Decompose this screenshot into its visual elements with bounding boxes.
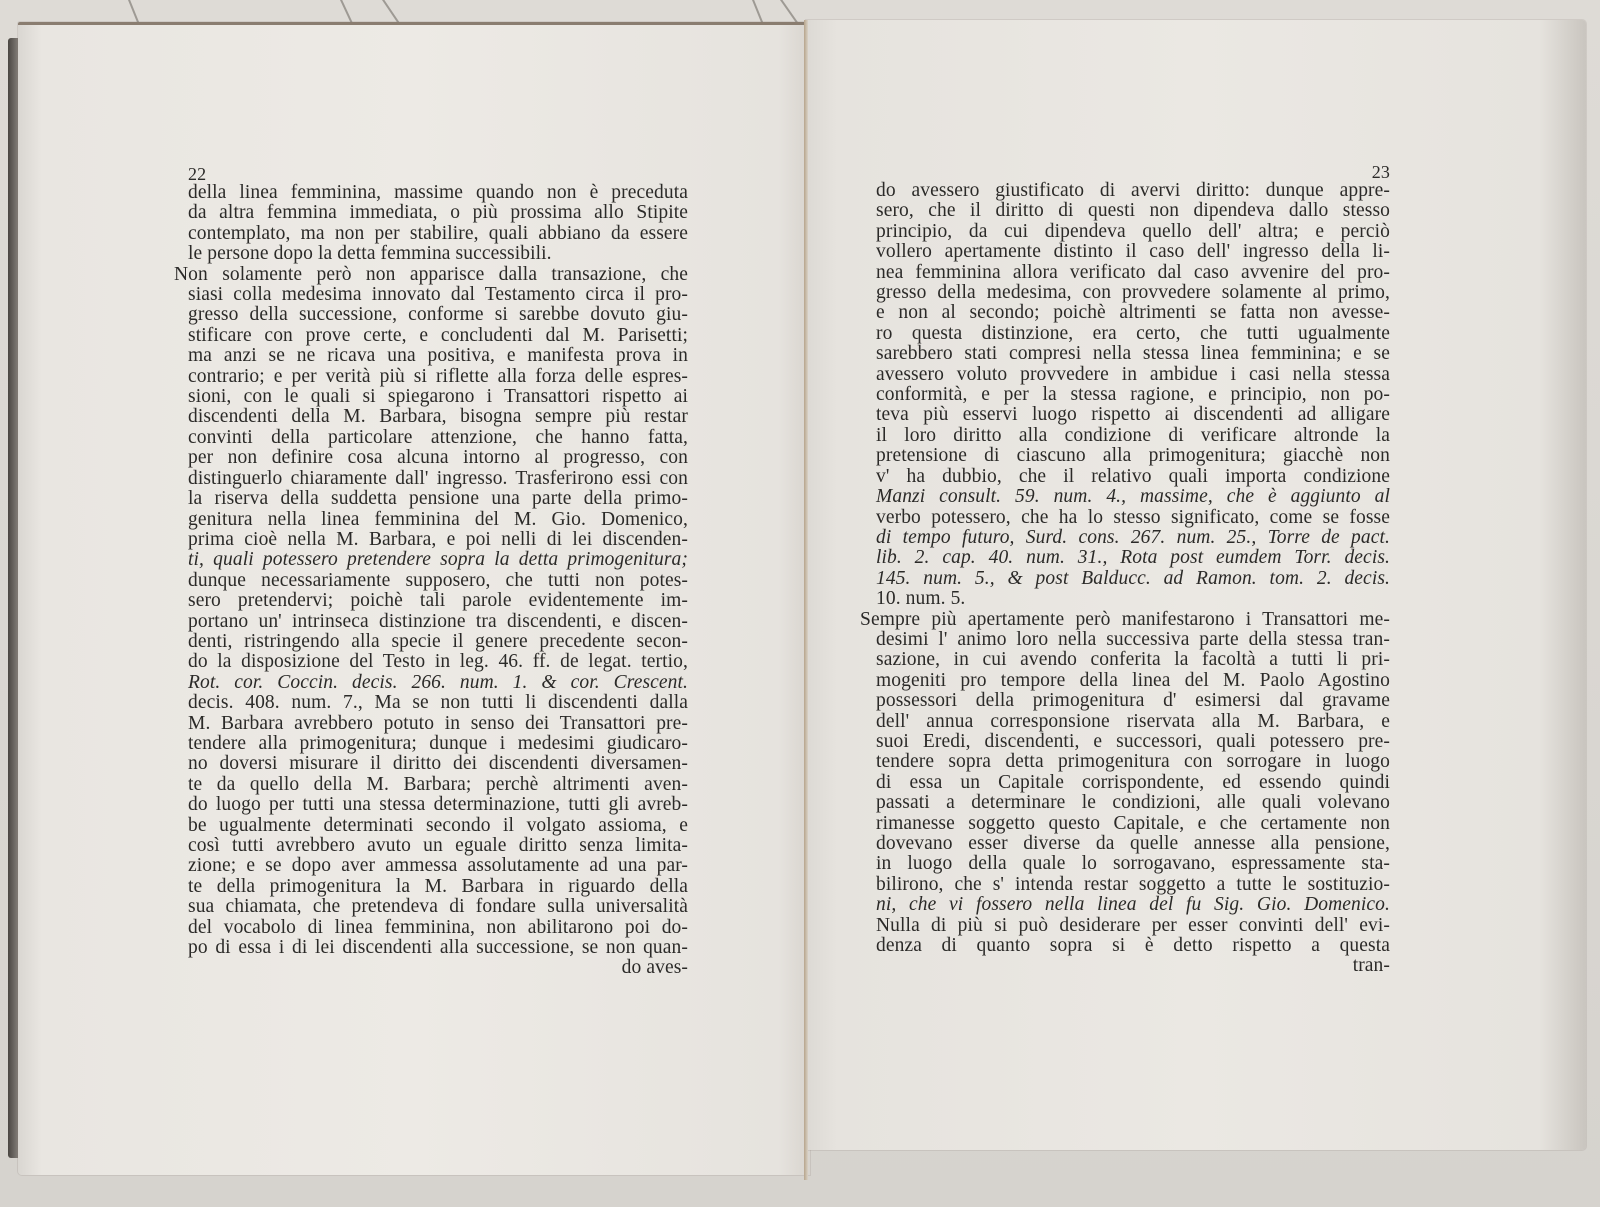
text-line: la riserva della suddetta pensione una p…	[188, 489, 688, 509]
open-book: 22 della linea femminina, massime quando…	[0, 0, 1600, 1207]
text-line: be ugualmente determinati secondo il vol…	[188, 816, 688, 836]
text-line: ro questa distinzione, era certo, che tu…	[876, 324, 1390, 344]
text-line: te della primogenitura la M. Barbara in …	[188, 877, 688, 897]
text-line: sioni, con le quali si spiegarono i Tran…	[188, 387, 688, 407]
text-line: dell' annua corresponsione riservata all…	[876, 712, 1390, 732]
text-line: verbo potessero, che ha lo stesso signif…	[876, 508, 1390, 528]
text-line: dovevano esser diverse da quelle annesse…	[876, 834, 1390, 854]
catchword-right: tran-	[876, 956, 1390, 976]
paragraph-start-line: Sempre più apertamente però manifestaron…	[860, 610, 1390, 630]
text-line: denza di quanto sopra si è detto rispett…	[876, 936, 1390, 956]
text-line: conformità, e per la stessa ragione, e p…	[876, 385, 1390, 405]
text-line: avessero voluto provvedere in ambidue i …	[876, 365, 1390, 385]
text-line: mogeniti pro tempore della linea del M. …	[876, 671, 1390, 691]
text-line: prima cioè nella M. Barbara, e poi nelli…	[188, 530, 688, 550]
text-line: le persone dopo la detta femmina success…	[188, 244, 688, 264]
text-line: del vocabolo di linea femminina, non abi…	[188, 918, 688, 938]
text-line: suoi Eredi, discendenti, e successori, q…	[876, 732, 1390, 752]
text-line: desimi l' animo loro nella successiva pa…	[876, 630, 1390, 650]
text-line: da altra femmina immediata, o più prossi…	[188, 203, 688, 223]
catchword-left: do aves-	[188, 958, 688, 978]
text-line: po di essa i di lei discendenti alla suc…	[188, 938, 688, 958]
text-line: M. Barbara avrebbero potuto in senso dei…	[188, 714, 688, 734]
text-line: teva più esservi luogo rispetto ai disce…	[876, 405, 1390, 425]
left-page-text: 22 della linea femminina, massime quando…	[188, 165, 688, 979]
citation-line: 10. num. 5.	[876, 589, 1390, 609]
text-line-italic: tendere sopra detta primogenitura con so…	[876, 752, 1390, 772]
text-line: te da quello della M. Barbara; perchè al…	[188, 775, 688, 795]
text-line: convinti della particolare attenzione, c…	[188, 428, 688, 448]
text-line: vollero apertamente distinto il caso del…	[876, 242, 1390, 262]
text-line: sarebbero stati compresi nella stessa li…	[876, 344, 1390, 364]
text-line: v' ha dubbio, che il relativo quali impo…	[876, 467, 1390, 487]
text-line: sero pretendervi; poichè tali parole evi…	[188, 591, 688, 611]
text-line: della linea femminina, massime quando no…	[188, 183, 688, 203]
text-line: per non definire cosa alcuna intorno al …	[188, 448, 688, 468]
text-line: gresso della medesima, con provvedere so…	[876, 283, 1390, 303]
text-line: zione; e se dopo aver ammessa assolutame…	[188, 856, 688, 876]
page-number-left: 22	[188, 165, 688, 183]
text-line: sero, che il diritto di questi non dipen…	[876, 201, 1390, 221]
citation-line: lib. 2. cap. 40. num. 31., Rota post eum…	[876, 548, 1390, 568]
text-line: ma anzi se ne ricava una positiva, e man…	[188, 346, 688, 366]
text-line: sua chiamata, che pretendeva di fondare …	[188, 897, 688, 917]
text-line: genitura nella linea femminina del M. Gi…	[188, 510, 688, 530]
text-line: pretensione di ciascuno alla primogenitu…	[876, 446, 1390, 466]
text-line: contrario; e per verità più si riflette …	[188, 367, 688, 387]
text-line: portano un' intrinseca distinzione tra d…	[188, 612, 688, 632]
text-line: di essa un Capitale corrispondente, ed e…	[876, 773, 1390, 793]
citation-line: 145. num. 5., & post Balducc. ad Ramon. …	[876, 569, 1390, 589]
text-line-italic: bilirono, che s' intenda restar soggetto…	[876, 875, 1390, 895]
book-gutter	[804, 20, 808, 1180]
paragraph-start-line: Non solamente però non apparisce dalla t…	[174, 265, 688, 285]
text-line: rimanesse soggetto questo Capitale, e ch…	[876, 814, 1390, 834]
text-line: gresso della successione, conforme si sa…	[188, 305, 688, 325]
text-line: nea femminina allora verificato dal caso…	[876, 263, 1390, 283]
text-line: contemplato, ma non per stabilire, quali…	[188, 224, 688, 244]
text-line: no doversi misurare il diritto dei disce…	[188, 754, 688, 774]
citation-line: di tempo futuro, Surd. cons. 267. num. 2…	[876, 528, 1390, 548]
text-line: passati a determinare le condizioni, all…	[876, 793, 1390, 813]
text-line: distinguerlo chiaramente dall' ingresso.…	[188, 469, 688, 489]
text-line: do luogo per tutti una stessa determinaz…	[188, 795, 688, 815]
text-line: stificare con prove certe, e concludenti…	[188, 326, 688, 346]
text-line: e non al secondo; poichè altrimenti se f…	[876, 303, 1390, 323]
citation-line: decis. 408. num. 7., Ma se non tutti li …	[188, 693, 688, 713]
text-line: do avessero giustificato di avervi dirit…	[876, 181, 1390, 201]
text-line: siasi colla medesima innovato dal Testam…	[188, 285, 688, 305]
text-line-italic: ti, quali potessero pretendere sopra la …	[188, 550, 688, 570]
text-line: tendere alla primogenitura; dunque i med…	[188, 734, 688, 754]
page-number-right: 23	[876, 163, 1390, 181]
right-page-text: 23 do avessero giustificato di avervi di…	[876, 163, 1390, 977]
citation-line: do la disposizione del Testo in leg. 46.…	[188, 652, 688, 672]
citation-line: Rot. cor. Coccin. decis. 266. num. 1. & …	[188, 673, 688, 693]
text-line: dunque necessariamente supposero, che tu…	[188, 571, 688, 591]
text-line: denti, ristringendo alla specie il gener…	[188, 632, 688, 652]
text-line: in luogo della quale lo sorrogavano, esp…	[876, 854, 1390, 874]
text-line: principio, da cui dipendeva quello dell'…	[876, 222, 1390, 242]
citation-line: Manzi consult. 59. num. 4., massime, che…	[876, 487, 1390, 507]
text-line: il loro diritto alla condizione di verif…	[876, 426, 1390, 446]
text-line: sazione, in cui avendo conferita la faco…	[876, 650, 1390, 670]
text-line-italic: ni, che vi fossero nella linea del fu Si…	[876, 895, 1390, 915]
text-line: discendenti della M. Barbara, bisogna se…	[188, 407, 688, 427]
text-line: così tutti avrebbero avuto un eguale dir…	[188, 836, 688, 856]
text-line: Nulla di più si può desiderare per esser…	[876, 916, 1390, 936]
text-line: possessori della primogenitura d' esimer…	[876, 691, 1390, 711]
